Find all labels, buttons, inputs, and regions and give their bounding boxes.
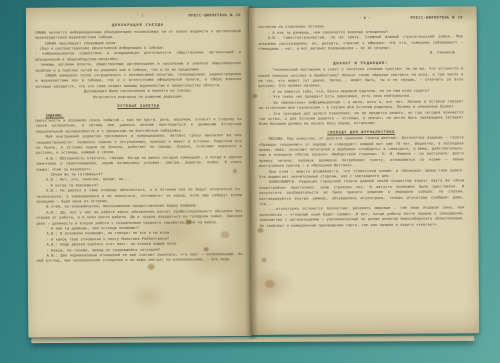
page-5: - 5 - ПРЕСС-БЮЛЛЕТЕНЬ № 26 ДЕКЛАРАЦИЯ СЪ… [26, 6, 252, 338]
page-5-body: - 5 - ПРЕСС-БЮЛЛЕТЕНЬ № 26 ДЕКЛАРАЦИЯ СЪ… [26, 6, 252, 338]
text-block: А.В.: Не рвался в саму очередь объяснять… [36, 187, 242, 205]
stain [265, 280, 275, 288]
page-header: - 5 - ПРЕСС-БЮЛЛЕТЕНЬ № 26 [35, 13, 241, 20]
stain [262, 258, 267, 262]
text-block: А.В.: Самостоятельностью, но не сразу. С… [258, 35, 463, 53]
stain [233, 169, 237, 173]
stain [220, 231, 229, 238]
stain [204, 247, 209, 251]
page-content: ДЕКЛАРАЦИЯ СЪЕЗДАСИБИА является информац… [35, 21, 243, 264]
page-number: - 5 - [137, 14, 148, 19]
text-block: - Таллиннский настырник в совет у читате… [258, 67, 463, 90]
text-block: А.В.: Да, вот у нас на работе висит объя… [36, 209, 242, 227]
text-block: Мой внутренний редактор противился в ком… [36, 133, 242, 156]
text-block: Целостность и разумная связь событий — к… [36, 117, 242, 135]
text-block: А.В.: Для нормализации отношений ее еще … [37, 252, 243, 264]
scanned-document-photo: - 5 - ПРЕСС-БЮЛЛЕТЕНЬ № 26 ДЕКЛАРАЦИЯ СЪ… [0, 0, 500, 363]
bulletin-label: ПРЕСС-БЮЛЛЕТЕНЬ № 26 [410, 15, 462, 21]
declaration-title: ДЕКЛАРАЦИЯ СЪЕЗДА [35, 21, 241, 28]
text-block: НОВОСИБИРСК. Редакция городской газеты д… [259, 179, 464, 208]
stain [185, 219, 191, 224]
page-content: согласны на отделение Эстонии.- А как ты… [258, 24, 465, 229]
text-block: А.В.: Обязанность ответить, говорю. Когд… [36, 155, 242, 173]
page-header: - 6 - ПРЕСС-БЮЛЛЕТЕНЬ № 26 [258, 15, 463, 22]
dialog-heading: ДИАЛОГ В РЕДАКЦИИ: [258, 59, 463, 66]
text-block: СИБИА намерено тесно сотрудничать с неза… [35, 72, 241, 90]
text-block: ...штукатурка останется полностью: рисов… [259, 206, 464, 229]
stain [252, 94, 257, 98]
bulletin-spread: - 5 - ПРЕСС-БЮЛЛЕТЕНЬ № 26 ДЕКЛАРАЦИЯ СЪ… [26, 4, 480, 341]
page-6-body: - 6 - ПРЕСС-БЮЛЛЕТЕНЬ № 26 согласны на о… [249, 6, 480, 335]
stain [257, 228, 263, 233]
page-number: - 6 - [359, 16, 370, 21]
text-block: - Это трагедия для целого поколения, ее … [259, 110, 464, 128]
text-block: МОСКВА. Как известно, от долгого хранени… [259, 135, 464, 169]
page-6: - 6 - ПРЕСС-БЮЛЛЕТЕНЬ № 26 согласны на о… [249, 6, 480, 335]
stain [148, 264, 155, 270]
header-spacer [258, 16, 320, 22]
header-spacer [35, 14, 97, 20]
bulletin-label: ПРЕСС-БЮЛЛЕТЕНЬ № 26 [188, 13, 240, 19]
